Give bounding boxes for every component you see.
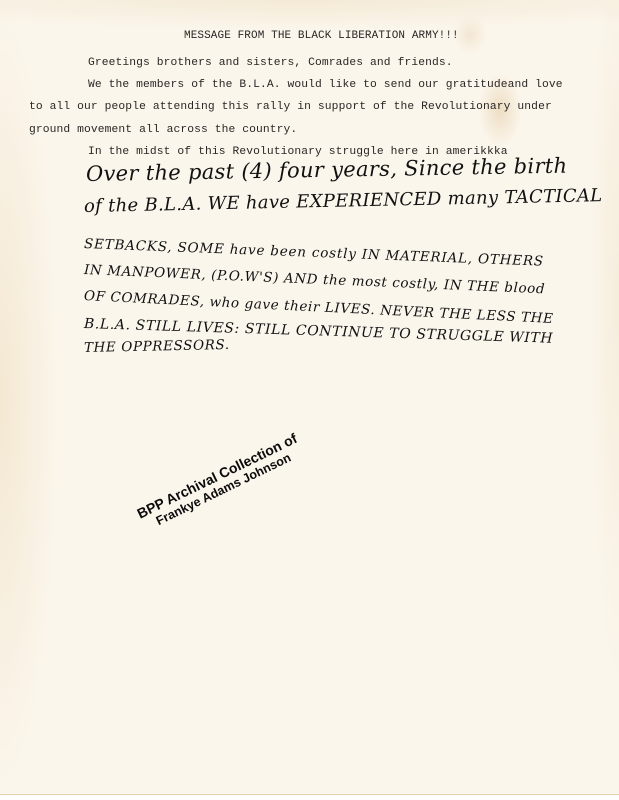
stamp-line-name: Frankye Adams Johnson xyxy=(141,444,306,535)
handwritten-line: of the B.L.A. WE have EXPERIENCED many T… xyxy=(84,185,603,217)
typed-line: to all our people attending this rally i… xyxy=(29,101,552,113)
typed-line: ground movement all across the country. xyxy=(29,124,297,136)
document-title: MESSAGE FROM THE BLACK LIBERATION ARMY!!… xyxy=(184,30,459,42)
archival-stamp: BPP Archival Collection of Frankye Adams… xyxy=(135,431,306,535)
typed-line: We the members of the B.L.A. would like … xyxy=(88,79,563,91)
document-page: MESSAGE FROM THE BLACK LIBERATION ARMY!!… xyxy=(0,0,619,795)
handwritten-line: THE OPPRESSORS. xyxy=(84,337,230,356)
typed-line: Greetings brothers and sisters, Comrades… xyxy=(88,57,453,69)
stamp-line-collection: BPP Archival Collection of xyxy=(135,431,300,522)
handwritten-line: Over the past (4) four years, Since the … xyxy=(86,154,568,186)
